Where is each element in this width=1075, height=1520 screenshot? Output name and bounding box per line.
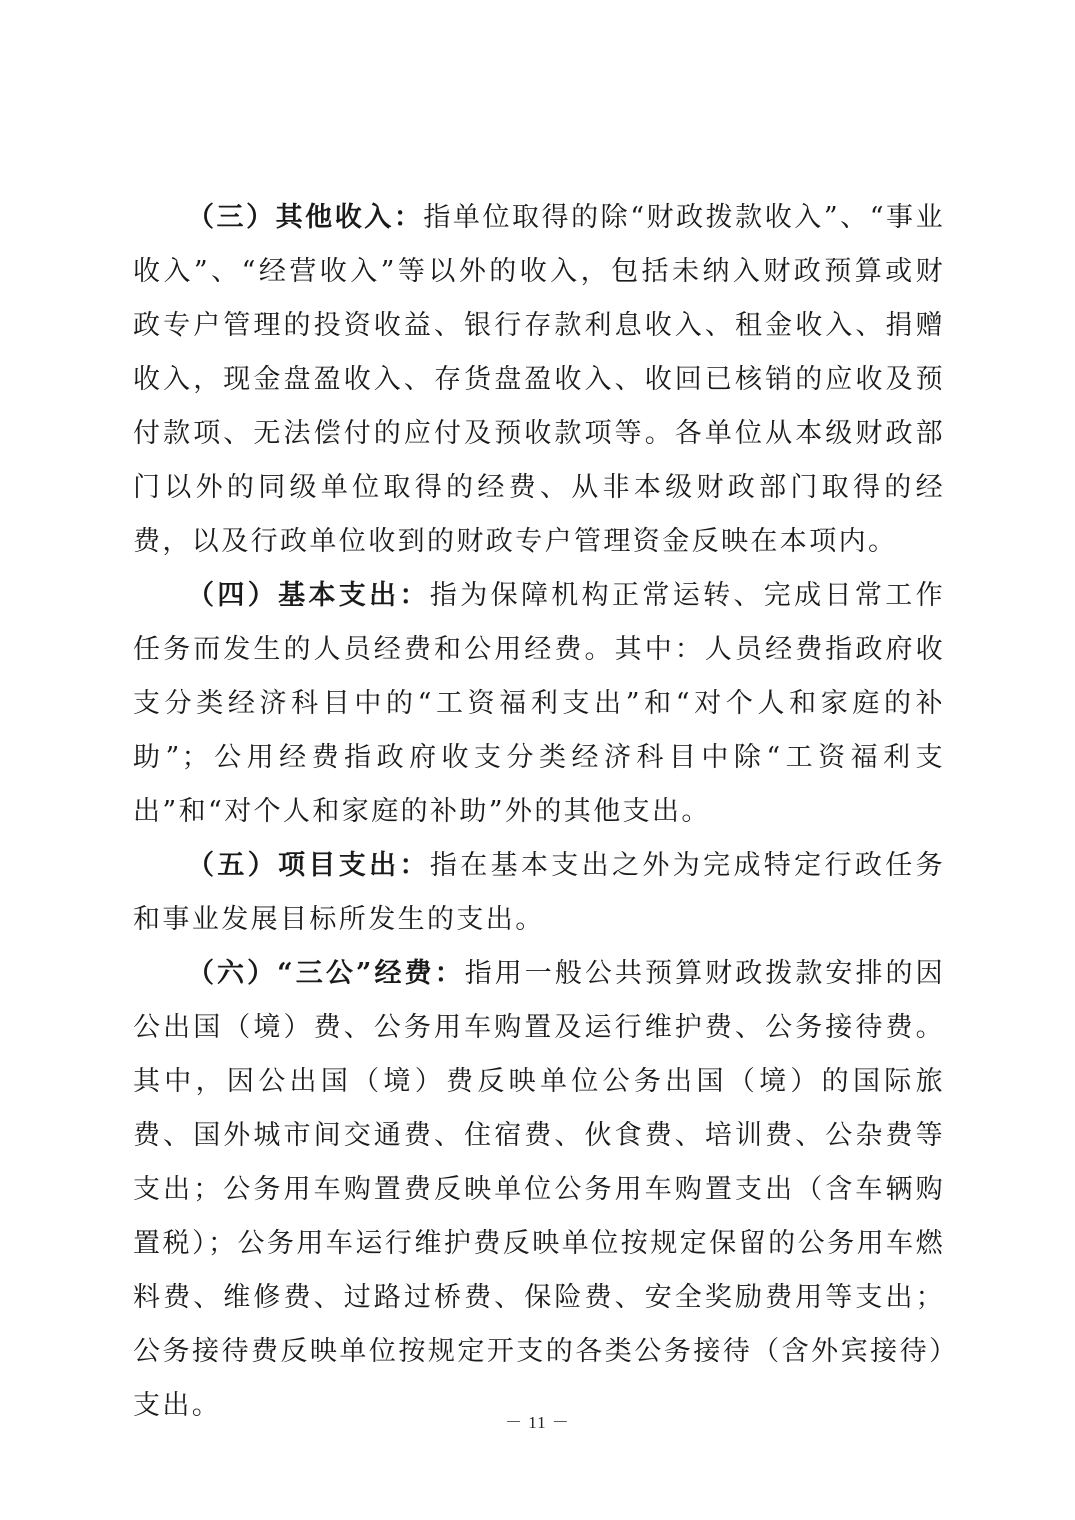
paragraph-heading: （三）其他收入： <box>187 202 423 233</box>
paragraph-heading: （五）项目支出： <box>187 850 430 881</box>
paragraph-heading: （四）基本支出： <box>187 580 430 611</box>
paragraph-heading: （六）“三公”经费： <box>187 958 465 989</box>
paragraph-body: 指为保障机构正常运转、完成日常工作任务而发生的人员经费和公用经费。其中：人员经费… <box>133 580 945 827</box>
paragraph-basic-expenditure: （四）基本支出：指为保障机构正常运转、完成日常工作任务而发生的人员经费和公用经费… <box>133 569 945 839</box>
page-number: － 11 － <box>0 1408 1075 1433</box>
document-page: （三）其他收入：指单位取得的除“财政拨款收入”、“事业收入”、“经营收入”等以外… <box>133 191 945 1433</box>
paragraph-body: 指用一般公共预算财政拨款安排的因公出国（境）费、公务用车购置及运行维护费、公务接… <box>133 958 945 1421</box>
paragraph-body: 指单位取得的除“财政拨款收入”、“事业收入”、“经营收入”等以外的收入，包括未纳… <box>133 202 945 557</box>
paragraph-project-expenditure: （五）项目支出：指在基本支出之外为完成特定行政任务和事业发展目标所发生的支出。 <box>133 839 945 947</box>
paragraph-three-public-expenses: （六）“三公”经费：指用一般公共预算财政拨款安排的因公出国（境）费、公务用车购置… <box>133 947 945 1433</box>
paragraph-other-income: （三）其他收入：指单位取得的除“财政拨款收入”、“事业收入”、“经营收入”等以外… <box>133 191 945 569</box>
